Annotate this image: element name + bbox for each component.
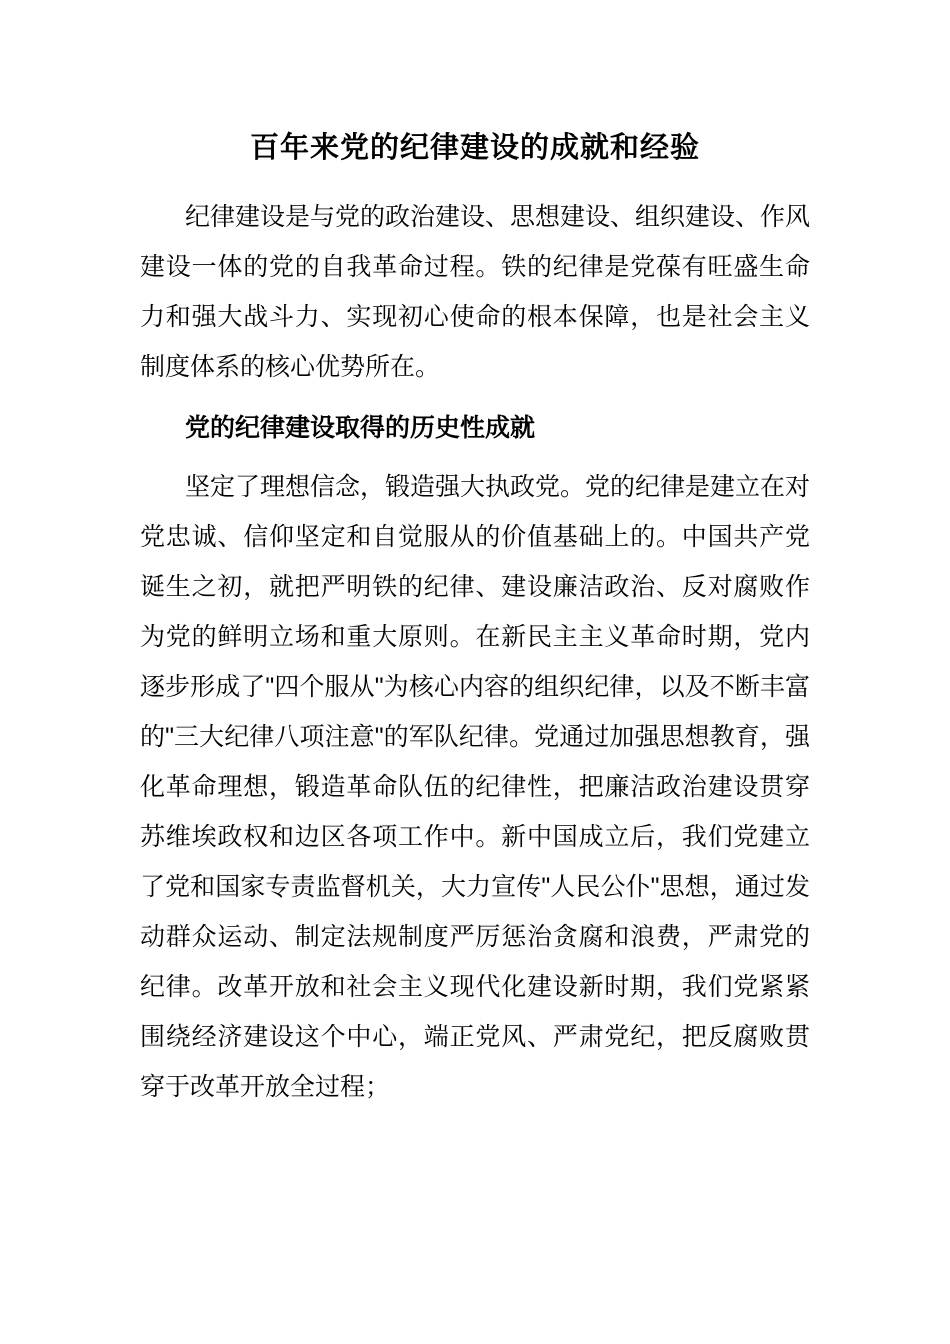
document-title: 百年来党的纪律建设的成就和经验: [140, 130, 810, 167]
intro-paragraph: 纪律建设是与党的政治建设、思想建设、组织建设、作风建设一体的党的自我革命过程。铁…: [140, 192, 810, 392]
section-paragraph: 坚定了理想信念，锻造强大执政党。党的纪律是建立在对党忠诚、信仰坚定和自觉服从的价…: [140, 462, 810, 1112]
section-heading: 党的纪律建设取得的历史性成就: [140, 403, 810, 453]
document-page: 百年来党的纪律建设的成就和经验 纪律建设是与党的政治建设、思想建设、组织建设、作…: [0, 0, 950, 1344]
